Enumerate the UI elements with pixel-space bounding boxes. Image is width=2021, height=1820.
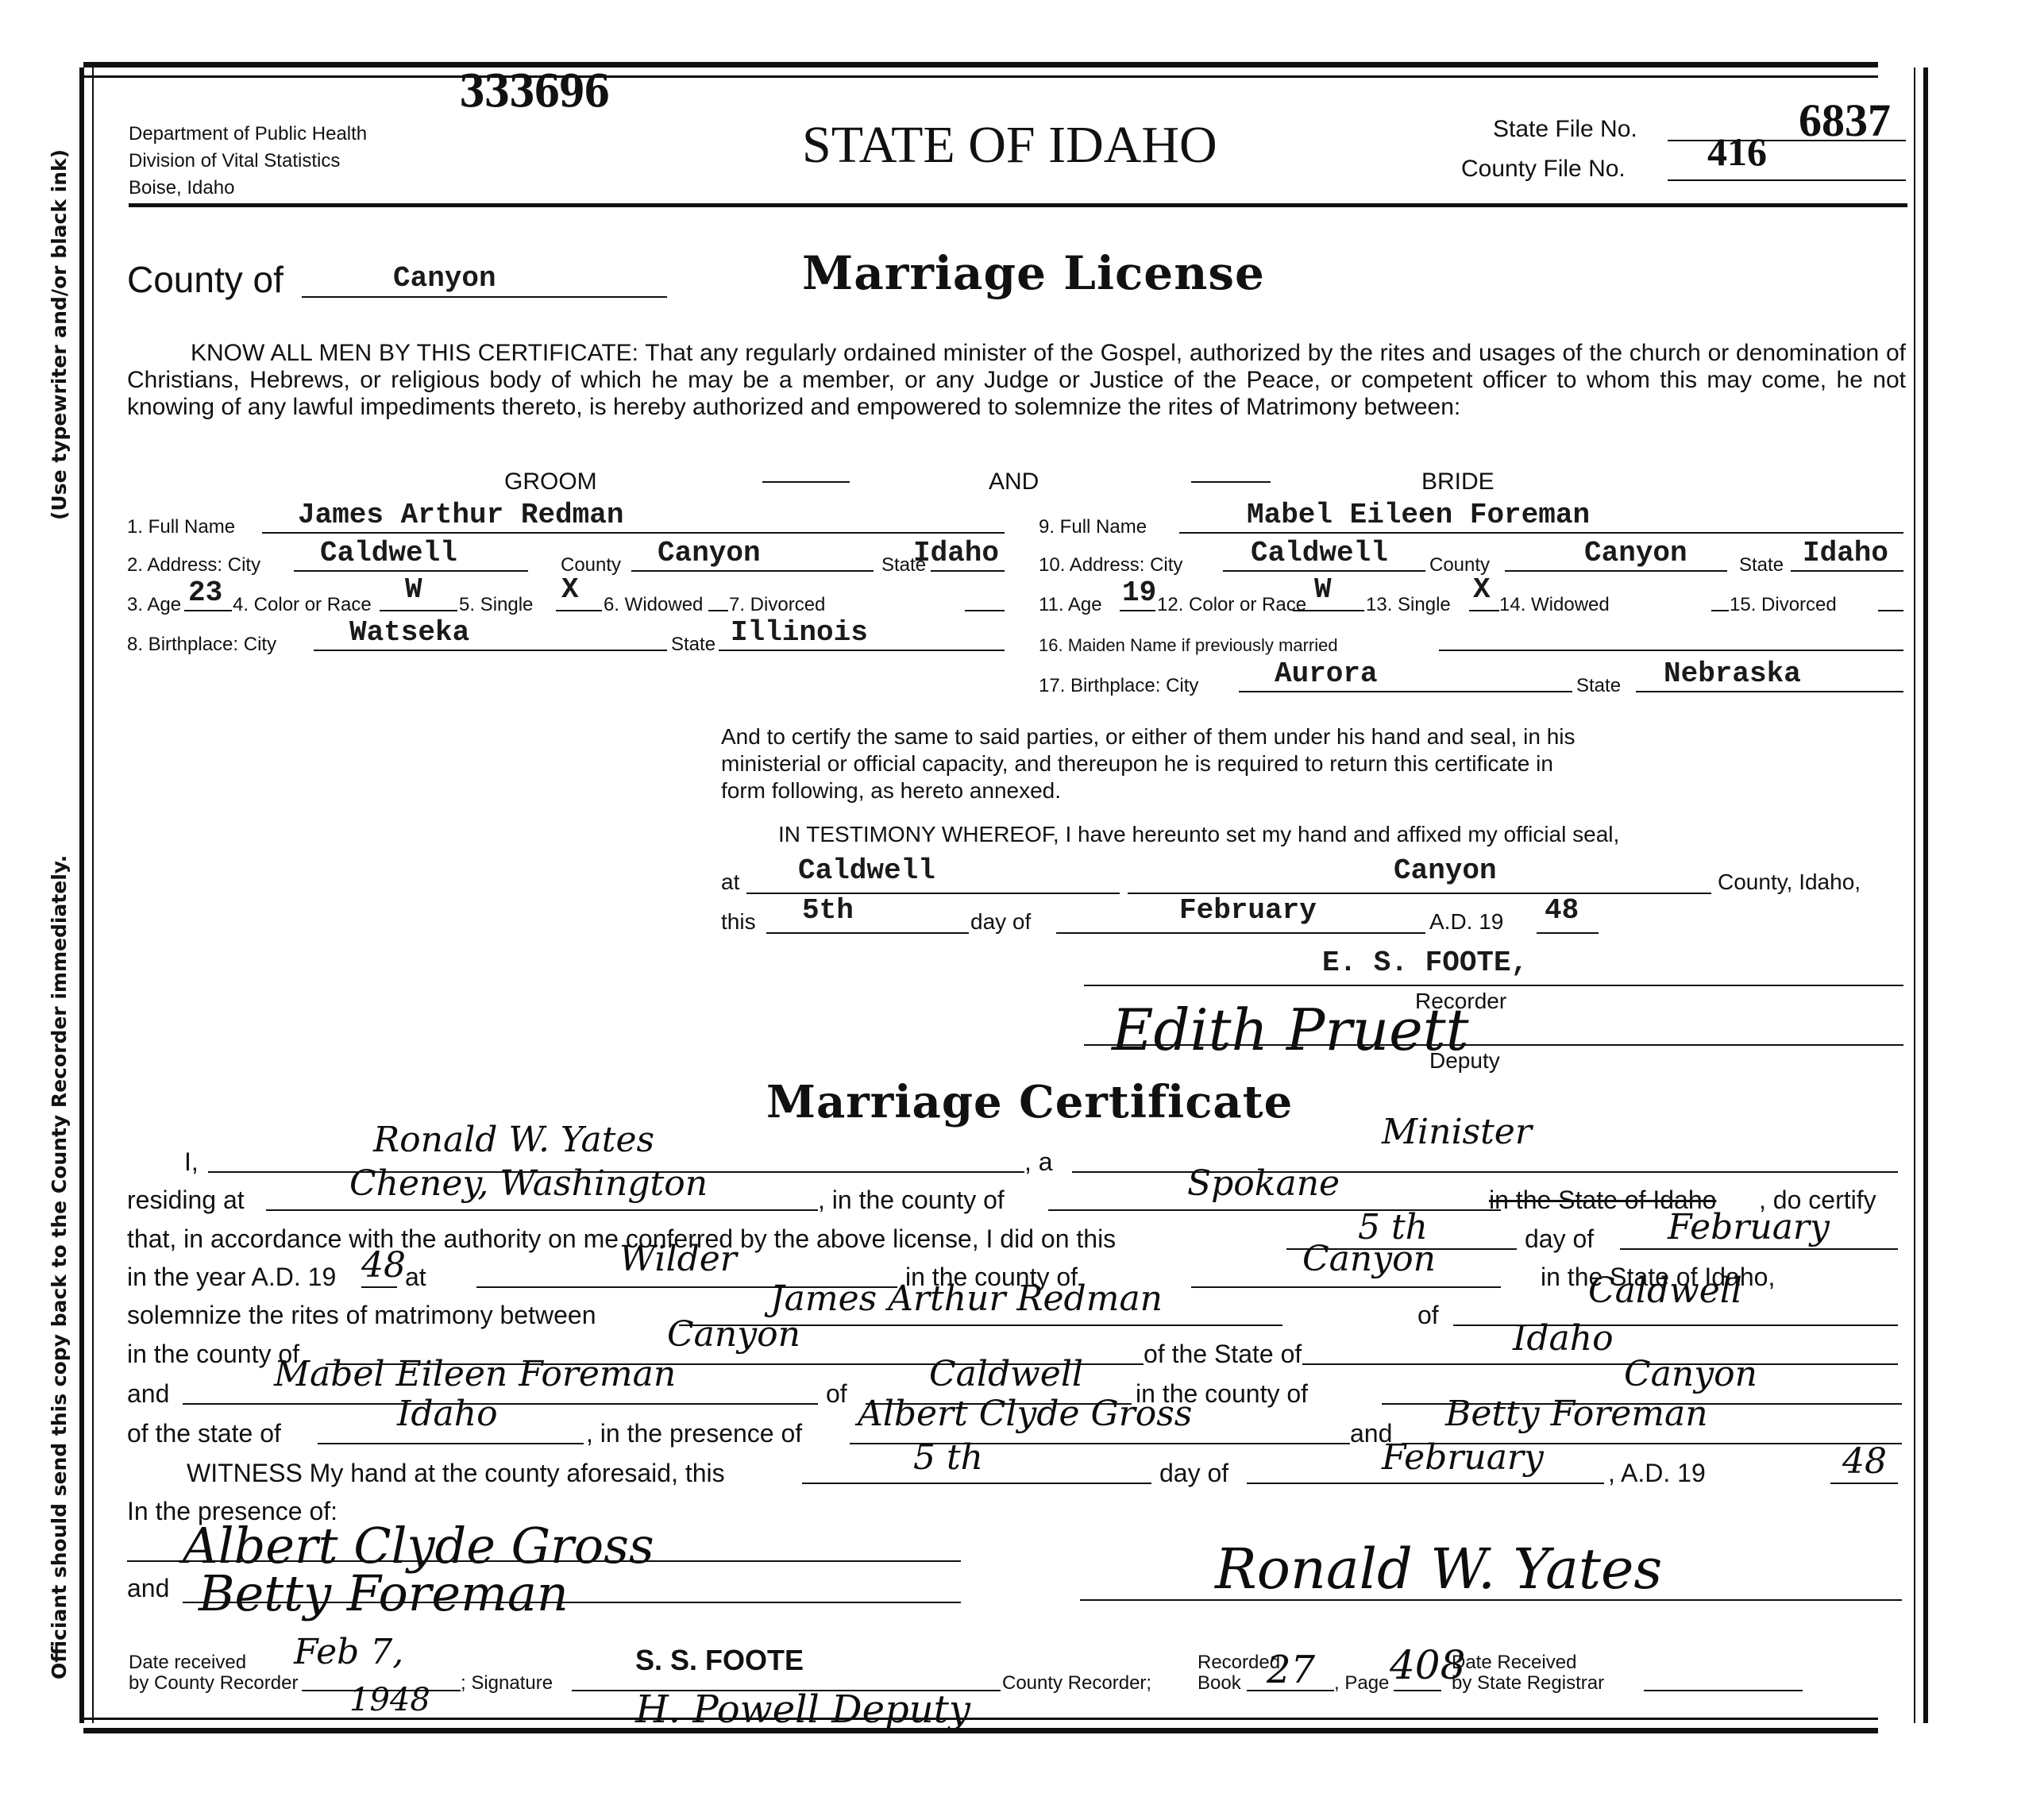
state-file-value: 6837 xyxy=(1799,94,1891,147)
groom-age: 23 xyxy=(188,576,222,609)
place-county-line xyxy=(1191,1286,1501,1288)
page-label: , Page xyxy=(1334,1672,1389,1695)
officiant-signature-line xyxy=(1080,1599,1902,1601)
witness-year: 48 xyxy=(1842,1441,1887,1482)
groom-widowed-line xyxy=(708,610,728,611)
state-received-label-1: Date Received xyxy=(1452,1652,1576,1674)
book-label: Book xyxy=(1198,1672,1241,1695)
left-border xyxy=(79,67,94,1723)
bride-birth-state-label: State xyxy=(1576,675,1621,697)
certify-line-1: And to certify the same to said parties,… xyxy=(721,724,1575,750)
bride-birth-city: Aurora xyxy=(1275,657,1378,690)
dept-line-3: Boise, Idaho xyxy=(129,177,234,199)
bride-full-name-label: 9. Full Name xyxy=(1039,516,1147,538)
place: Wilder xyxy=(619,1239,737,1279)
license-year: 48 xyxy=(1545,894,1579,927)
date-received-label-1: Date received xyxy=(129,1652,246,1674)
cert-groom-city: Caldwell xyxy=(1588,1271,1742,1311)
and-heading: AND xyxy=(989,468,1039,495)
recorder-name: E. S. FOOTE, xyxy=(1322,947,1528,979)
page-line xyxy=(1394,1690,1441,1691)
bride-maiden-line xyxy=(1439,650,1903,651)
year-line xyxy=(1537,932,1599,934)
month-line xyxy=(1056,932,1425,934)
heading-dash-1 xyxy=(762,481,850,483)
deputy-signature: Edith Pruett xyxy=(1112,997,1469,1063)
bride-single-line xyxy=(1469,610,1499,611)
residence-county: Spokane xyxy=(1187,1163,1340,1204)
groom-race-line xyxy=(380,610,457,611)
license-month: February xyxy=(1179,894,1317,927)
bride-divorced-label: 15. Divorced xyxy=(1730,594,1837,616)
date-received-value: Feb 7, xyxy=(294,1632,403,1672)
groom-race: W xyxy=(405,573,422,606)
of-label: of xyxy=(1417,1301,1439,1330)
bride-age-line xyxy=(1120,610,1155,611)
bride-state-label: State xyxy=(1739,554,1784,576)
bride-race-line xyxy=(1293,610,1364,611)
residence-line xyxy=(266,1209,818,1211)
bride-full-name-line xyxy=(1179,532,1903,534)
witness-ad-label: , A.D. 19 xyxy=(1608,1459,1706,1488)
of-the-state-label: of the state of xyxy=(127,1419,281,1448)
groom-single-label: 5. Single xyxy=(459,594,533,616)
groom-birth-city: Watseka xyxy=(349,616,469,649)
cert-month: February xyxy=(1668,1207,1830,1247)
groom-birth-city-line xyxy=(314,650,667,651)
cert-witness1: Albert Clyde Gross xyxy=(858,1394,1192,1434)
county-recorder-label: County Recorder; xyxy=(1002,1672,1151,1695)
groom-birth-city-label: 8. Birthplace: City xyxy=(127,634,276,656)
sig-witness1-line xyxy=(127,1560,961,1562)
bride-age-label: 11. Age xyxy=(1039,594,1102,616)
state-title: STATE OF IDAHO xyxy=(802,115,1217,175)
certificate-title: Marriage Certificate xyxy=(766,1076,1293,1128)
groom-county: Canyon xyxy=(658,537,761,569)
officiant-signature: Ronald W. Yates xyxy=(1215,1537,1662,1602)
side-note-top: (Use typewriter and/or black ink) xyxy=(48,149,71,520)
witness-day: 5 th xyxy=(913,1437,983,1478)
state-received-line xyxy=(1644,1690,1803,1691)
header-divider xyxy=(129,203,1907,207)
testimony-text: IN TESTIMONY WHEREOF, I have hereunto se… xyxy=(778,822,1619,847)
groom-full-name-line xyxy=(262,532,1005,534)
groom-city: Caldwell xyxy=(320,537,457,569)
county-file-line xyxy=(1668,179,1906,181)
bride-city: Caldwell xyxy=(1251,537,1388,569)
witness-month-line xyxy=(1247,1483,1604,1484)
bride-state-line xyxy=(1791,570,1903,572)
county-label: County of xyxy=(127,258,283,301)
groom-race-label: 4. Color or Race xyxy=(233,594,372,616)
a-label: , a xyxy=(1024,1147,1053,1177)
at-county: Canyon xyxy=(1394,854,1497,887)
this-label: this xyxy=(721,909,756,935)
of-state-label: of the State of xyxy=(1144,1340,1302,1369)
groom-widowed-label: 6. Widowed xyxy=(604,594,703,616)
ad-label: A.D. 19 xyxy=(1429,909,1503,935)
signature-deputy: H. Powell Deputy xyxy=(635,1687,970,1732)
bride-divorced-line xyxy=(1878,610,1903,611)
witness-year-line xyxy=(1830,1483,1898,1484)
date-received-label-2: by County Recorder xyxy=(129,1672,298,1695)
serial-number: 333696 xyxy=(459,65,609,118)
year-label: in the year A.D. 19 xyxy=(127,1263,336,1292)
witness-month: February xyxy=(1382,1437,1544,1478)
cert-bride-county: Canyon xyxy=(1624,1354,1757,1394)
witness-text: WITNESS My hand at the county aforesaid,… xyxy=(187,1459,725,1488)
signature-stamp: S. S. FOOTE xyxy=(635,1644,804,1677)
sig-witness2: Betty Foreman xyxy=(199,1564,569,1622)
bride-single: X xyxy=(1473,573,1491,606)
residence-county-line xyxy=(1048,1209,1501,1211)
county-idaho-label: County, Idaho, xyxy=(1718,870,1861,895)
bride-widowed-label: 14. Widowed xyxy=(1499,594,1610,616)
groom-state-cert-line xyxy=(1302,1363,1898,1365)
groom-age-label: 3. Age xyxy=(127,594,181,616)
bride-single-label: 13. Single xyxy=(1366,594,1451,616)
date-received-year: 1948 xyxy=(349,1682,430,1718)
signature-label: ; Signature xyxy=(461,1672,553,1695)
bride-maiden-label: 16. Maiden Name if previously married xyxy=(1039,635,1338,656)
cert-bride-name: Mabel Eileen Foreman xyxy=(274,1354,676,1394)
groom-birth-state-label: State xyxy=(671,634,715,656)
groom-single: X xyxy=(561,573,579,606)
bride-county: Canyon xyxy=(1584,537,1687,569)
sig-witness2-line xyxy=(183,1602,961,1603)
groom-city-line xyxy=(294,570,528,572)
dept-line-2: Division of Vital Statistics xyxy=(129,150,340,172)
cert-groom-county: Canyon xyxy=(667,1314,800,1355)
deputy-label: Deputy xyxy=(1429,1048,1500,1074)
cert-month-line xyxy=(1620,1248,1898,1250)
bride-birth-state-line xyxy=(1636,691,1903,692)
book-value: 27 xyxy=(1267,1648,1315,1692)
and-label: and xyxy=(127,1379,169,1409)
bride-full-name: Mabel Eileen Foreman xyxy=(1247,499,1590,531)
cert-year-line xyxy=(361,1286,397,1288)
bride-city-label: 10. Address: City xyxy=(1039,554,1182,576)
groom-birth-state-line xyxy=(719,650,1005,651)
bride-of-label: of xyxy=(826,1379,847,1409)
cert-bride-city: Caldwell xyxy=(929,1354,1083,1394)
sig-and-label: and xyxy=(127,1574,169,1603)
bride-state: Idaho xyxy=(1803,537,1888,569)
cert-groom-state: Idaho xyxy=(1513,1318,1614,1359)
solemnize-label: solemnize the rites of matrimony between xyxy=(127,1301,596,1330)
witness-day-of-label: day of xyxy=(1159,1459,1228,1488)
officiant-title: Minister xyxy=(1382,1112,1532,1152)
dept-line-1: Department of Public Health xyxy=(129,123,367,145)
day-of-label: day of xyxy=(970,909,1031,935)
groom-heading: GROOM xyxy=(504,468,597,495)
right-border xyxy=(1914,67,1928,1723)
groom-state: Idaho xyxy=(913,537,999,569)
presence-label: , in the presence of xyxy=(586,1419,802,1448)
deputy-line xyxy=(1084,1044,1903,1046)
bride-name-cert-line xyxy=(183,1403,818,1405)
county-file-label: County File No. xyxy=(1461,156,1626,183)
cert-bride-state: Idaho xyxy=(397,1394,498,1434)
county-value: Canyon xyxy=(393,262,496,295)
cert-at-label: at xyxy=(405,1263,426,1292)
bride-city-line xyxy=(1223,570,1425,572)
groom-age-line xyxy=(184,610,232,611)
cert-groom-name: James Arthur Redman xyxy=(770,1278,1163,1319)
in-county-label: , in the county of xyxy=(818,1186,1005,1215)
groom-full-name-label: 1. Full Name xyxy=(127,516,235,538)
bride-birth-city-line xyxy=(1239,691,1572,692)
recorder-line xyxy=(1084,985,1903,986)
groom-state-line xyxy=(931,570,1005,572)
bottom-border xyxy=(83,1718,1878,1733)
residing-label: residing at xyxy=(127,1186,245,1215)
cert-year: 48 xyxy=(361,1245,406,1286)
county-line xyxy=(302,296,667,298)
place-county: Canyon xyxy=(1302,1239,1436,1279)
bride-heading: BRIDE xyxy=(1421,468,1495,495)
bride-widowed-line xyxy=(1711,610,1729,611)
witness-day-line xyxy=(802,1483,1151,1484)
groom-single-line xyxy=(556,610,602,611)
bride-state-cert-line xyxy=(318,1443,584,1444)
at-label: at xyxy=(721,870,739,895)
i-label: I, xyxy=(184,1147,199,1177)
state-file-label: State File No. xyxy=(1493,116,1637,143)
bride-race: W xyxy=(1314,573,1332,606)
cert-witness2: Betty Foreman xyxy=(1445,1394,1708,1434)
groom-full-name: James Arthur Redman xyxy=(298,499,623,531)
groom-divorced-label: 7. Divorced xyxy=(729,594,825,616)
groom-birth-state: Illinois xyxy=(731,616,868,649)
county-file-value: 416 xyxy=(1707,129,1767,175)
officiant-name: Ronald W. Yates xyxy=(373,1120,654,1160)
license-day: 5th xyxy=(802,894,854,927)
groom-county-line xyxy=(631,570,874,572)
groom-divorced-line xyxy=(965,610,1005,611)
bride-age: 19 xyxy=(1122,576,1156,609)
side-note-bottom: Officiant should send this copy back to … xyxy=(48,855,71,1679)
bride-birth-city-label: 17. Birthplace: City xyxy=(1039,675,1198,697)
preamble: KNOW ALL MEN BY THIS CERTIFICATE: That a… xyxy=(127,340,1906,421)
groom-city-label: 2. Address: City xyxy=(127,554,260,576)
cert-day-of-label: day of xyxy=(1525,1224,1594,1254)
day-line xyxy=(766,932,969,934)
bride-race-label: 12. Color or Race xyxy=(1157,594,1306,616)
license-title: Marriage License xyxy=(802,246,1265,300)
bride-county-line xyxy=(1505,570,1727,572)
residence: Cheney, Washington xyxy=(349,1163,708,1204)
bride-birth-state: Nebraska xyxy=(1664,657,1801,690)
at-city: Caldwell xyxy=(798,854,935,887)
top-border xyxy=(83,62,1878,78)
certify-line-2: ministerial or official capacity, and th… xyxy=(721,751,1553,777)
certify-line-3: form following, as hereto annexed. xyxy=(721,778,1061,804)
state-received-label-2: by State Registrar xyxy=(1452,1672,1604,1695)
heading-dash-2 xyxy=(1191,481,1271,483)
